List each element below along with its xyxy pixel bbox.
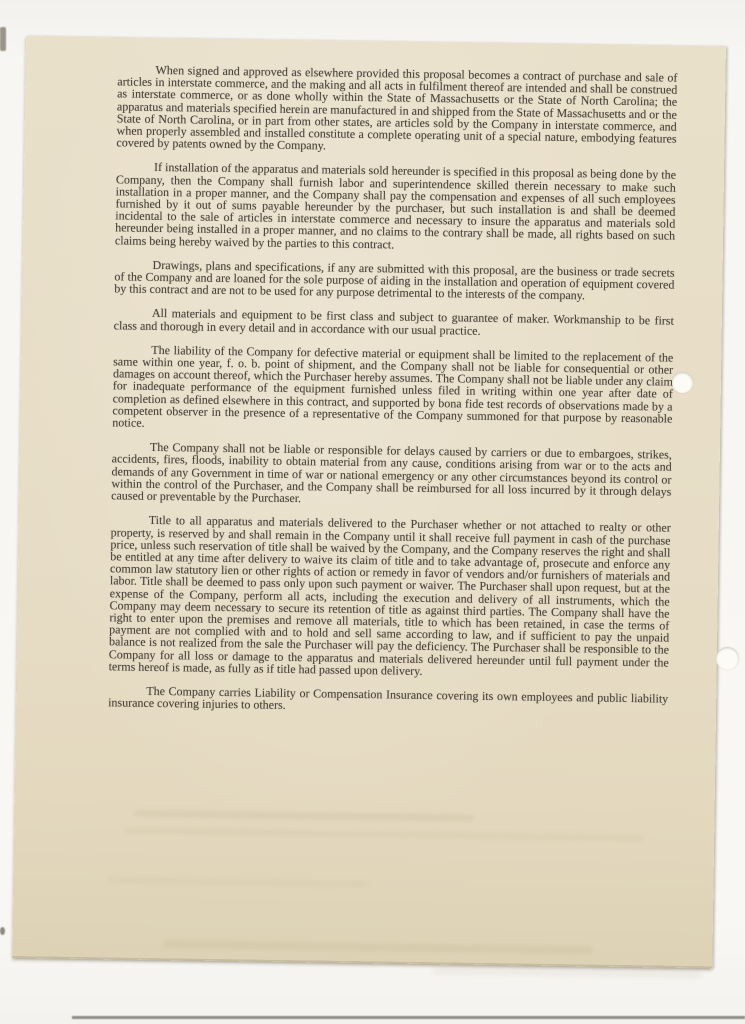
hole-punch [716,647,739,670]
ink-bleedthrough-smudge [134,810,474,822]
ink-bleedthrough-smudge [432,967,702,978]
contract-paragraph: The Company shall not be liable or respo… [111,441,672,510]
ink-bleedthrough-smudge [162,940,592,954]
scanner-edge-shadow [72,1016,745,1019]
contract-paragraph: When signed and approved as elsewhere pr… [116,63,677,157]
contract-paragraph: All materials and equipment to be first … [114,307,674,340]
contract-paragraph: Title to all apparatus and materials del… [109,514,671,681]
contract-paragraph: The Company carries Liability or Compens… [108,684,668,717]
contract-paragraph: The liability of the Company for defecti… [112,343,673,437]
contract-text-block: When signed and approved as elsewhere pr… [16,36,726,730]
scan-speck [0,927,5,935]
ink-bleedthrough-smudge [108,877,368,887]
scanned-document-screenshot: { "palette": { "scanner_background": "#f… [0,0,745,1024]
paper-sheet: When signed and approved as elsewhere pr… [12,36,726,968]
contract-paragraph: Drawings, plans and specifications, if a… [114,258,674,303]
ink-bleedthrough-smudge [124,828,644,842]
contract-paragraph: If installation of the apparatus and mat… [115,161,676,255]
hole-punch [672,372,693,393]
scan-speck [0,27,6,51]
